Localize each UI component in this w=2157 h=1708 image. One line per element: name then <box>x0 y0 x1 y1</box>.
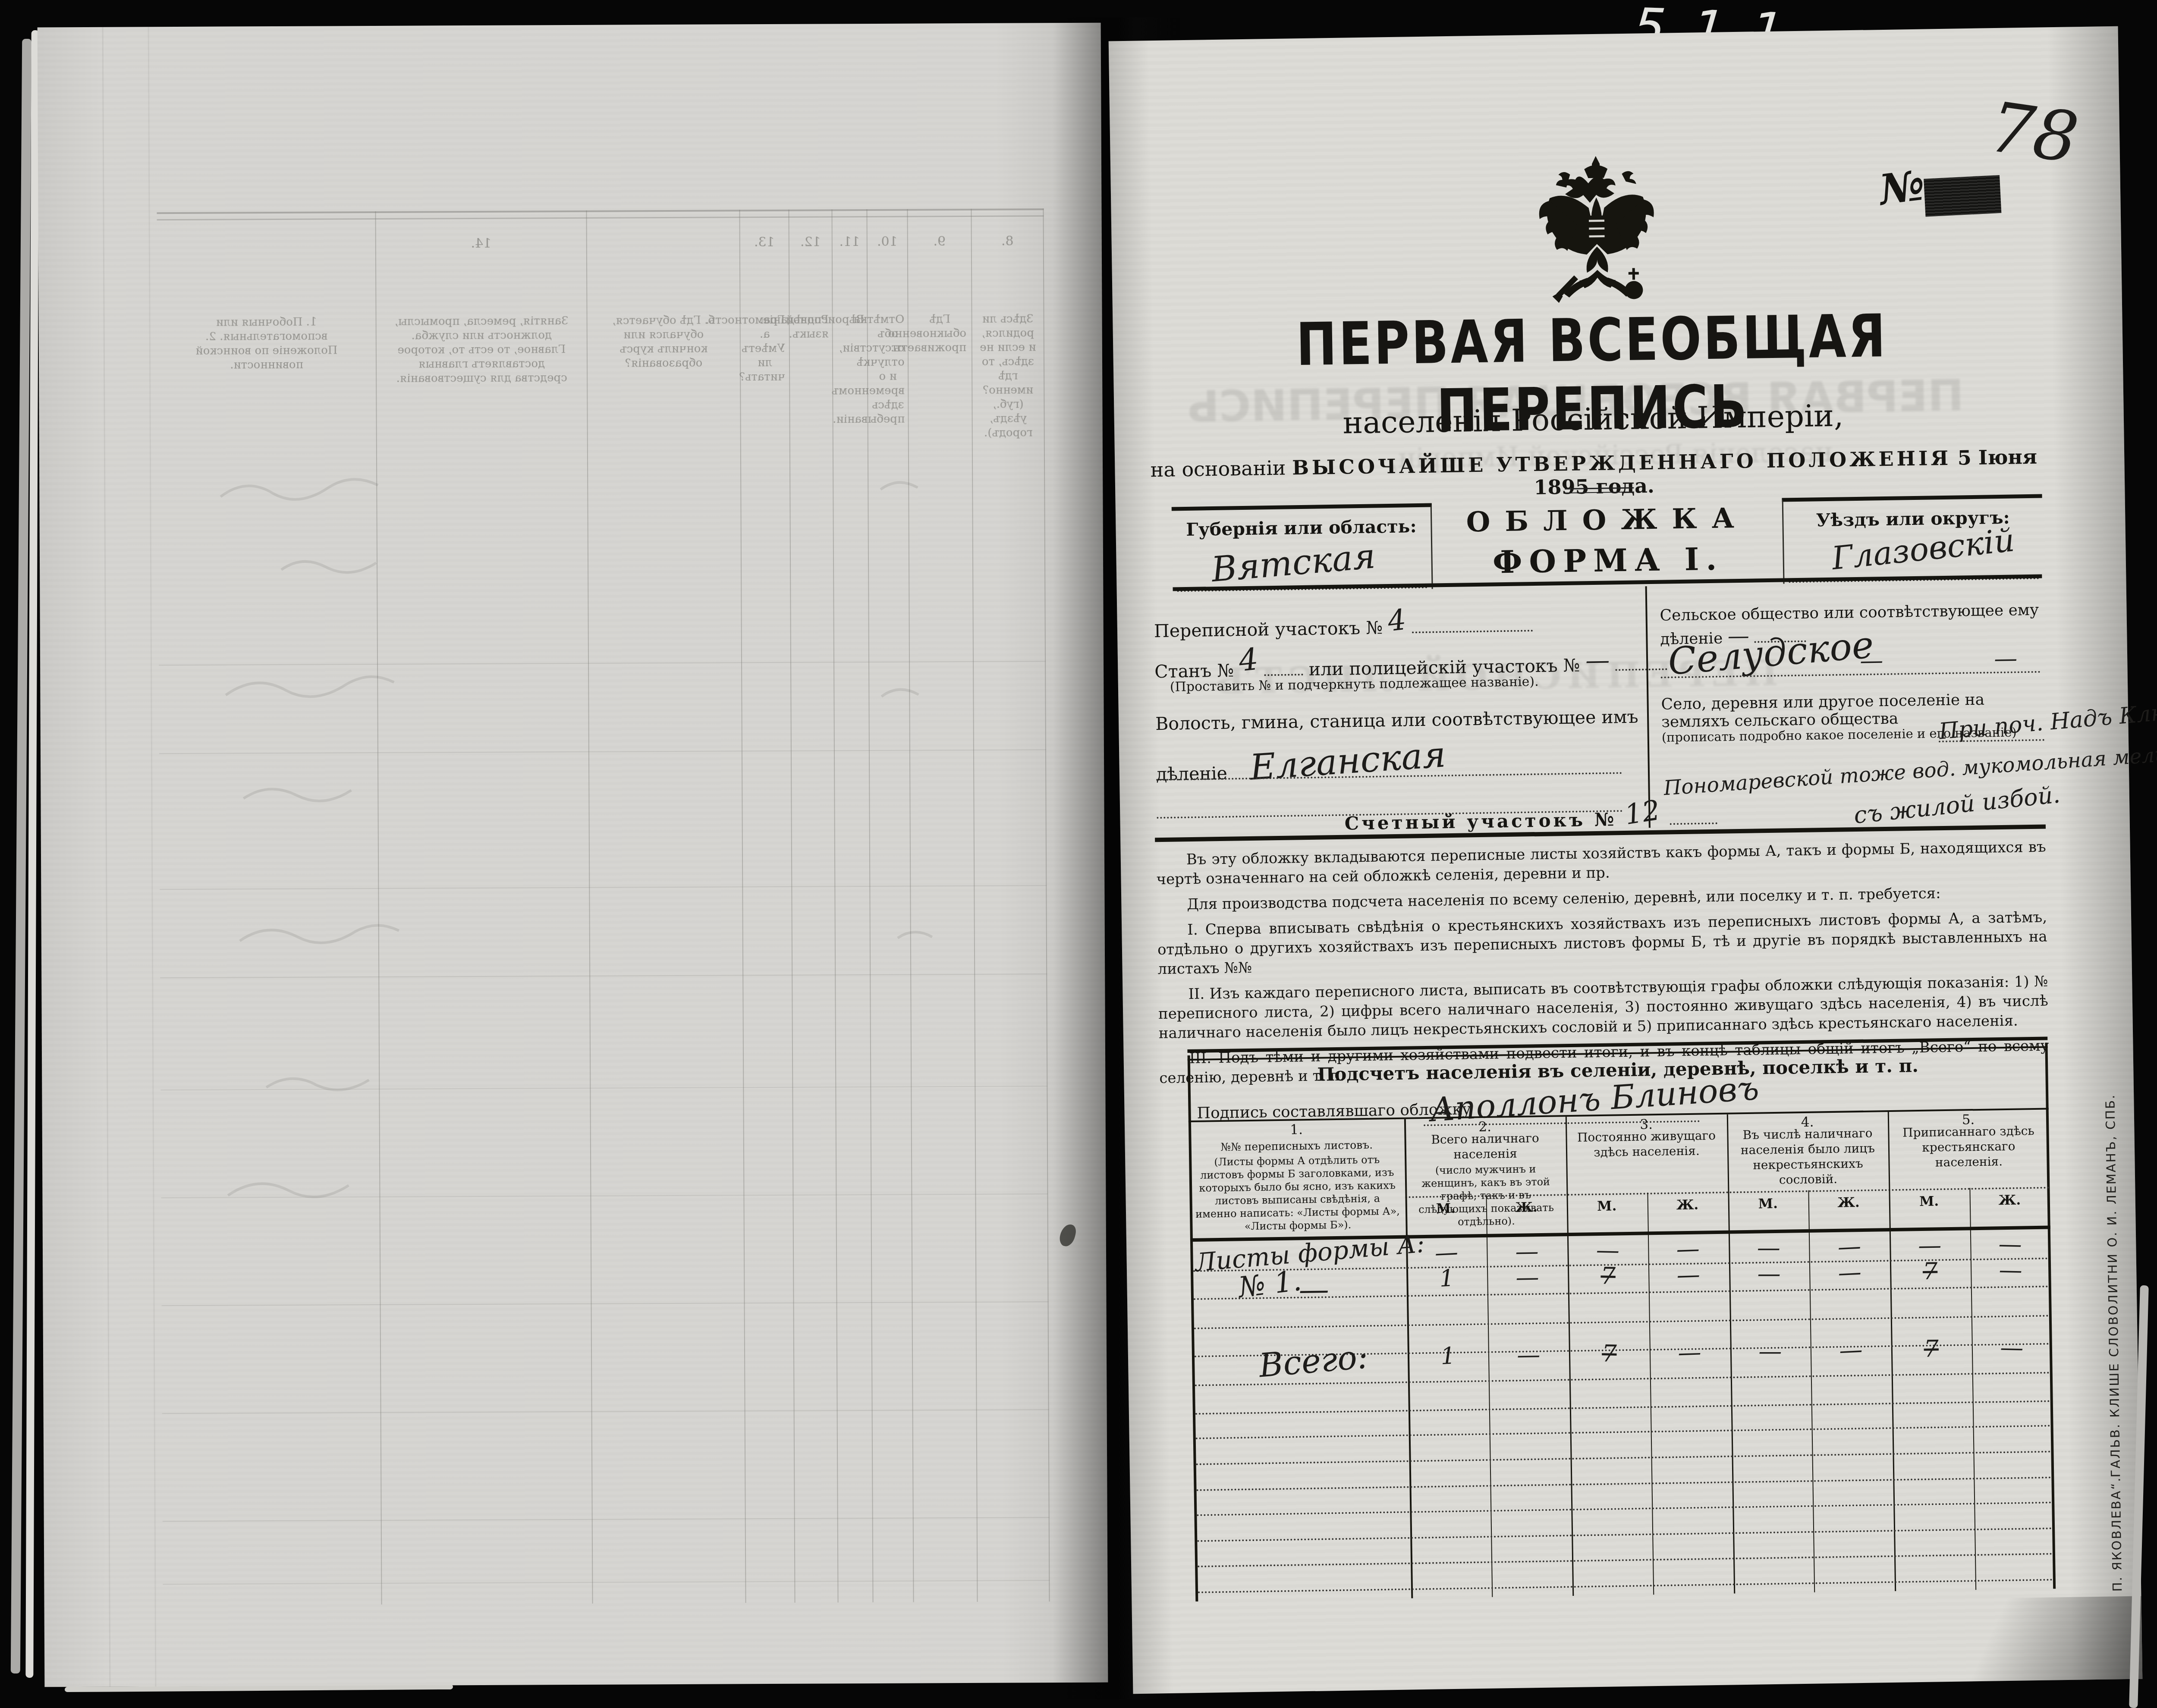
scanned-book-spread: 511 8.Здѣсь ли родился, и если не здѣсь,… <box>0 0 2157 1708</box>
instruction-p1: Въ эту обложку вкладываются переписные л… <box>1156 838 2047 890</box>
table-data-cell: 7 <box>1567 1262 1648 1290</box>
rural-society-trail-dashes: — — <box>1860 644 2069 674</box>
stan-value-handwritten: 4 <box>1237 641 1260 678</box>
table-data-cell: 7 <box>1891 1334 1972 1363</box>
table-data-cell: — <box>1648 1260 1729 1290</box>
table-data-cell: — <box>1487 1237 1568 1265</box>
volost-value-handwritten: Елганская <box>1248 734 1447 788</box>
table-data-cell: — <box>1889 1231 1970 1259</box>
imperial-double-eagle-emblem <box>1531 149 1663 311</box>
gubernia-value-handwritten: Вятская <box>1210 536 1377 590</box>
title-line3-prefix: на основаніи <box>1150 456 1286 482</box>
enumeration-district-label: Переписной участокъ № <box>1154 617 1383 641</box>
printer-imprint-upper: ГАЛЬВ. КЛИШЕ СЛОВОЛИТНИ О. И. ЛЕМАНЪ, СП… <box>2103 1093 2123 1477</box>
counting-district-value-handwritten: 12 <box>1622 794 1662 832</box>
table-data-cell: — <box>1970 1256 2051 1284</box>
volost-line: дѣленіе Елганская <box>1156 744 1446 789</box>
table-data-cell: — <box>1648 1234 1729 1264</box>
table-data-cell: 1 <box>1407 1341 1489 1372</box>
table-data-cell: — <box>1487 1263 1568 1291</box>
gubernia-label: Губернія или область: <box>1172 516 1431 540</box>
counting-district-label: Счетный участокъ № <box>1344 809 1616 834</box>
sheet-number-handwritten: 78 <box>1985 86 2083 179</box>
enumeration-district-line: Переписной участокъ № 4 <box>1154 605 1533 644</box>
instruction-p3: I. Сперва вписывать свѣдѣнія о крестьянс… <box>1157 908 2048 980</box>
table-data-cell: 7 <box>1890 1257 1971 1285</box>
table-data-cell: — <box>1809 1257 1891 1288</box>
volost-label2: дѣленіе <box>1156 763 1228 785</box>
settlement-value-line2-handwritten: Пономаревской тоже вод. мукомольная мель… <box>1663 739 2157 800</box>
right-page-census-cover-form: ПЕРВАЯ ВСЕОБЩАЯ ПЕРЕПИСЬ населенія Россі… <box>1109 26 2143 1694</box>
table-data-cell: — <box>1730 1338 1811 1365</box>
instruction-p4: II. Изъ каждаго переписного листа, выпис… <box>1158 972 2049 1044</box>
enumeration-district-value-handwritten: 4 <box>1386 603 1408 638</box>
ghost-handwriting <box>38 23 1108 1687</box>
left-page-blank-census-form-back: 8.Здѣсь ли родился, и если не здѣсь, то … <box>38 23 1108 1687</box>
form-word: ФОРМА I. <box>1444 540 1772 581</box>
uezd-box: Уѣздъ или округъ: Глазовскій <box>1782 494 2044 584</box>
table-data-cell: — <box>1728 1234 1809 1261</box>
table-data-cell: — <box>1488 1341 1569 1369</box>
table-data-cell: — <box>1810 1334 1892 1366</box>
blackout-stamp <box>1924 175 2001 217</box>
corner-fold-shadow <box>1865 1596 2143 1683</box>
table-data-cell: — <box>1971 1333 2053 1362</box>
table-data-cell: — <box>1729 1260 1809 1287</box>
table-data-row: 1—7———7— <box>1408 1333 2053 1370</box>
table-data-cell: — <box>1970 1230 2051 1259</box>
gubernia-box: Губернія или область: Вятская <box>1172 503 1433 593</box>
table-data-cell: 7 <box>1569 1339 1650 1368</box>
numero-label: № <box>1877 160 1927 214</box>
cover-word: ОБЛОЖКА <box>1443 502 1772 539</box>
printer-imprint-lower: П. ЯКОВЛЕВА“. <box>2108 1476 2125 1592</box>
table-data-cell: — <box>1649 1338 1730 1367</box>
table-data-cell: 1 <box>1406 1263 1488 1294</box>
fields-divider <box>1645 586 1651 828</box>
settlement-value-line3-handwritten: съ жилой избой. <box>1852 781 2061 829</box>
volost-label: Волость, гмина, станица или соотвѣтствую… <box>1155 706 1638 735</box>
table-data-cell: — <box>1567 1236 1648 1265</box>
title-ornament-rule <box>1565 487 1634 493</box>
population-summary-table: Подсчетъ населенія въ селеніи, деревнѣ, … <box>1187 1037 2056 1601</box>
police-district-value-handwritten: — <box>1585 646 1610 675</box>
